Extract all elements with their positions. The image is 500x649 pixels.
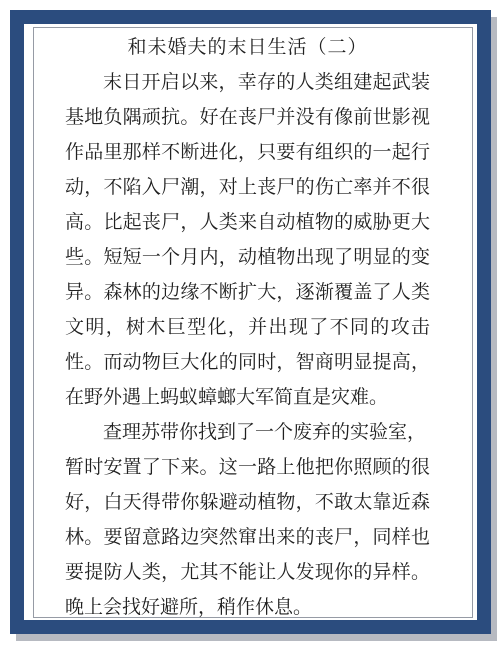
- text-line: 晚上会找好避所，稍作休息。: [65, 590, 430, 625]
- text-line: 基地负隅顽抗。好在丧尸并没有像前世影视: [65, 100, 430, 135]
- text-line: 好，白天得带你躲避动植物，不敢太靠近森: [65, 485, 430, 520]
- text-line: 文明，树木巨型化，并出现了不同的攻击: [65, 310, 430, 345]
- text-line: 作品里那样不断进化，只要有组织的一起行: [65, 135, 430, 170]
- text-line: 高。比起丧尸，人类来自动植物的威胁更大: [65, 205, 430, 240]
- story-title: 和未婚夫的末日生活（二）: [65, 30, 430, 65]
- text-line: 动，不陷入尸潮，对上丧尸的伤亡率并不很: [65, 170, 430, 205]
- text-line: 性。而动物巨大化的同时，智商明显提高，: [65, 345, 430, 380]
- page: 和未婚夫的末日生活（二） 末日开启以来，幸存的人类组建起武装基地负隅顽抗。好在丧…: [0, 0, 500, 649]
- text-line: 在野外遇上蚂蚁蟑螂大军简直是灾难。: [65, 380, 430, 415]
- text-line: 末日开启以来，幸存的人类组建起武装: [65, 65, 430, 100]
- text-line: 要提防人类，尤其不能让人发现你的异样。: [65, 555, 430, 590]
- text-line: 查理苏带你找到了一个废弃的实验室，: [65, 415, 430, 450]
- text-line: 林。要留意路边突然窜出来的丧尸，同样也: [65, 520, 430, 555]
- story-body: 末日开启以来，幸存的人类组建起武装基地负隅顽抗。好在丧尸并没有像前世影视作品里那…: [65, 65, 430, 625]
- text-line: 异。森林的边缘不断扩大，逐渐覆盖了人类: [65, 275, 430, 310]
- photo-frame-border: 和未婚夫的末日生活（二） 末日开启以来，幸存的人类组建起武装基地负隅顽抗。好在丧…: [10, 10, 491, 634]
- text-line: 些。短短一个月内，动植物出现了明显的变: [65, 240, 430, 275]
- inner-hairline-border: 和未婚夫的末日生活（二） 末日开启以来，幸存的人类组建起武装基地负隅顽抗。好在丧…: [33, 27, 473, 618]
- story-content: 和未婚夫的末日生活（二） 末日开启以来，幸存的人类组建起武装基地负隅顽抗。好在丧…: [34, 28, 472, 617]
- text-line: 暂时安置了下来。这一路上他把你照顾的很: [65, 450, 430, 485]
